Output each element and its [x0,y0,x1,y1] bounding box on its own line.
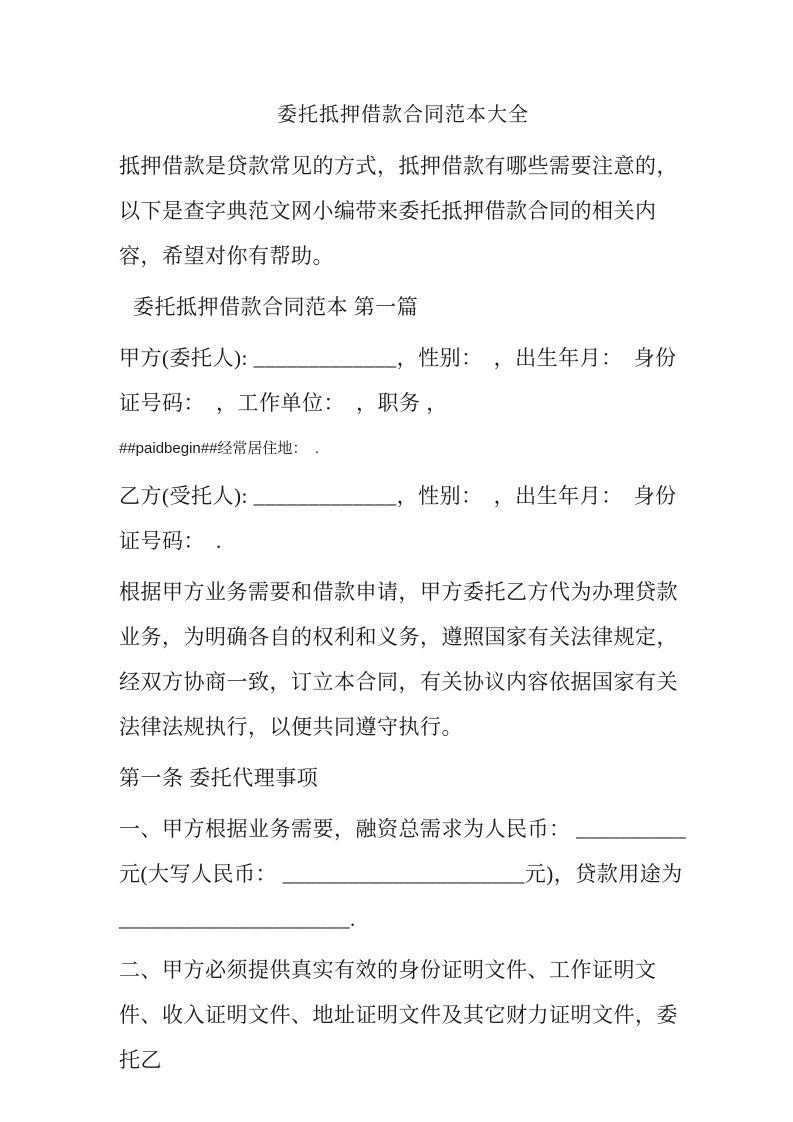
document-page: 委托抵押借款合同范本大全 抵押借款是贷款常见的方式，抵押借款有哪些需要注意的，以… [0,0,793,1122]
recital-paragraph: 根据甲方业务需要和借款申请，甲方委托乙方代为办理贷款业务，为明确各自的权利和义务… [119,570,687,750]
section-heading: 委托抵押借款合同范本 第一篇 [119,285,701,330]
document-title: 委托抵押借款合同范本大全 [119,93,687,138]
party-b-line: 乙方(受托人): _____________，性别： ，出生年月： 身份证号码：… [119,474,687,564]
clause-1-paragraph: 一、甲方根据业务需要，融资总需求为人民币： __________元(大写人民币：… [119,807,687,942]
party-a-line: 甲方(委托人): _____________，性别： ，出生年月： 身份证号码：… [119,336,687,426]
article-1-heading: 第一条 委托代理事项 [119,756,687,801]
intro-paragraph: 抵押借款是贷款常见的方式，抵押借款有哪些需要注意的，以下是查字典范文网小编带来委… [119,144,687,279]
clause-2-paragraph: 二、甲方必须提供真实有效的身份证明文件、工作证明文件、收入证明文件、地址证明文件… [119,948,687,1083]
paid-begin-marker-line: ##paidbegin##经常居住地： . [119,432,687,466]
